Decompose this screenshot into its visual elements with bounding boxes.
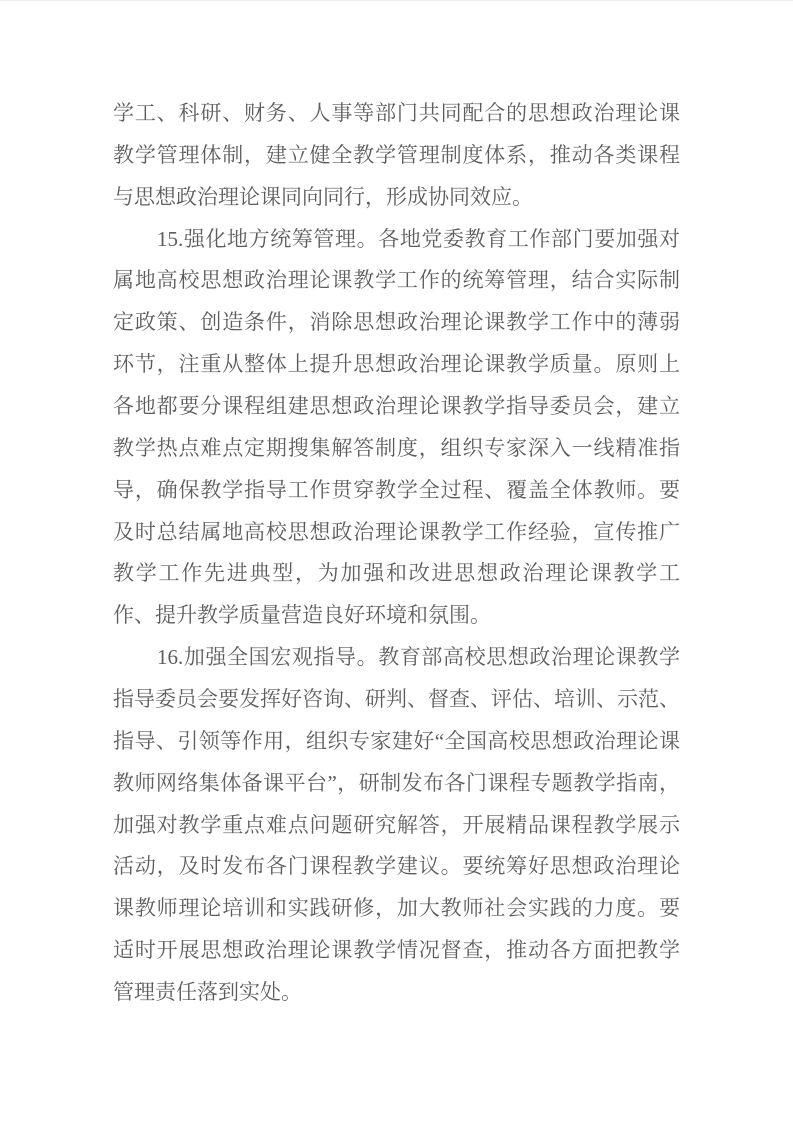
text-line: 课教师理论培训和实践研修，加大教师社会实践的力度。要: [113, 888, 680, 930]
text-line: 及时总结属地高校思想政治理论课教学工作经验，宣传推广: [113, 512, 680, 554]
text-line: 属地高校思想政治理论课教学工作的统筹管理，结合实际制: [113, 260, 680, 302]
text-line: 指导、引领等作用，组织专家建好“全国高校思想政治理论课: [113, 721, 680, 763]
paragraph-16: 16.加强全国宏观指导。教育部高校思想政治理论课教学 指导委员会要发挥好咨询、研…: [113, 637, 680, 1014]
paragraph-continuation: 学工、科研、财务、人事等部门共同配合的思想政治理论课 教学管理体制，建立健全教学…: [113, 93, 680, 219]
text-line: 教学管理体制，建立健全教学管理制度体系，推动各类课程: [113, 135, 680, 177]
text-line: 定政策、创造条件，消除思想政治理论课教学工作中的薄弱: [113, 302, 680, 344]
text-line: 导，确保教学指导工作贯穿教学全过程、覆盖全体教师。要: [113, 470, 680, 512]
text-line: 与思想政治理论课同向同行，形成协同效应。: [113, 177, 680, 219]
text-line: 教师网络集体备课平台”，研制发布各门课程专题教学指南，: [113, 763, 680, 805]
text-line: 环节，注重从整体上提升思想政治理论课教学质量。原则上: [113, 344, 680, 386]
text-line: 15.强化地方统筹管理。各地党委教育工作部门要加强对: [113, 219, 680, 261]
text-line: 教学工作先进典型，为加强和改进思想政治理论课教学工: [113, 553, 680, 595]
document-page: 学工、科研、财务、人事等部门共同配合的思想政治理论课 教学管理体制，建立健全教学…: [0, 0, 793, 1122]
text-line: 作、提升教学质量营造良好环境和氛围。: [113, 595, 680, 637]
text-line: 各地都要分课程组建思想政治理论课教学指导委员会，建立: [113, 386, 680, 428]
text-line: 指导委员会要发挥好咨询、研判、督查、评估、培训、示范、: [113, 679, 680, 721]
text-column: 学工、科研、财务、人事等部门共同配合的思想政治理论课 教学管理体制，建立健全教学…: [113, 93, 680, 1014]
text-line: 教学热点难点定期搜集解答制度，组织专家深入一线精准指: [113, 428, 680, 470]
text-line: 管理责任落到实处。: [113, 972, 680, 1014]
text-line: 加强对教学重点难点问题研究解答，开展精品课程教学展示: [113, 805, 680, 847]
text-line: 16.加强全国宏观指导。教育部高校思想政治理论课教学: [113, 637, 680, 679]
text-line: 活动，及时发布各门课程教学建议。要统筹好思想政治理论: [113, 846, 680, 888]
paragraph-15: 15.强化地方统筹管理。各地党委教育工作部门要加强对 属地高校思想政治理论课教学…: [113, 219, 680, 638]
text-line: 适时开展思想政治理论课教学情况督查，推动各方面把教学: [113, 930, 680, 972]
text-line: 学工、科研、财务、人事等部门共同配合的思想政治理论课: [113, 93, 680, 135]
